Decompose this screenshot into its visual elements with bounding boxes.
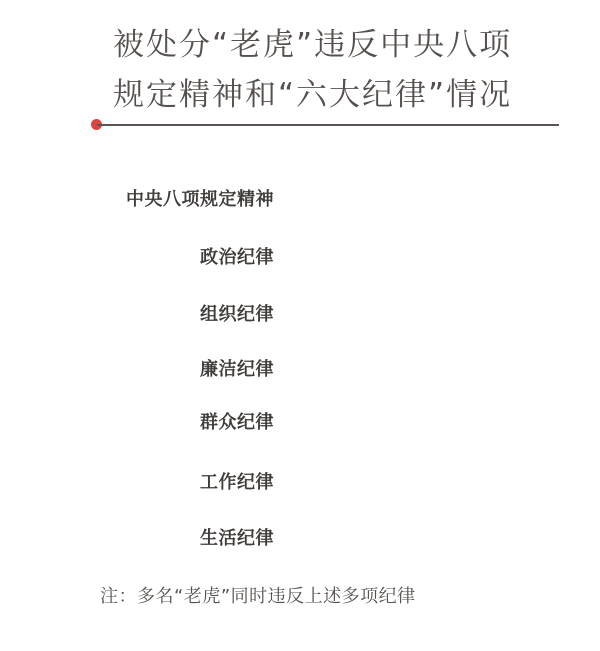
category-label-organizational-discipline: 组织纪律 [200, 300, 274, 326]
category-label-integrity-discipline: 廉洁纪律 [200, 355, 274, 381]
category-label-work-discipline: 工作纪律 [200, 468, 274, 494]
chart-footnote: 注：多名“老虎”同时违反上述多项纪律 [100, 582, 416, 608]
chart-title-line-2: 规定精神和“六大纪律”情况 [113, 70, 573, 120]
chart-title-line-1: 被处分“老虎”违反中央八项 [113, 20, 573, 70]
chart-title: 被处分“老虎”违反中央八项 规定精神和“六大纪律”情况 [113, 20, 573, 120]
title-divider [97, 124, 559, 126]
category-label-mass-discipline: 群众纪律 [200, 408, 274, 434]
category-label-political-discipline: 政治纪律 [200, 243, 274, 269]
category-label-life-discipline: 生活纪律 [200, 524, 274, 550]
category-label-central-eight-rules: 中央八项规定精神 [126, 185, 274, 211]
